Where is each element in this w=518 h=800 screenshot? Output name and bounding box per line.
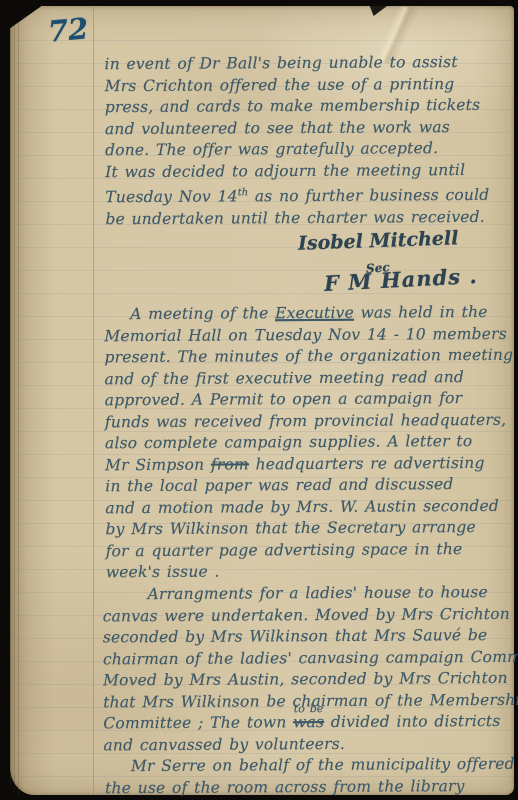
handwritten-segment: as no further business could (248, 186, 489, 205)
page-corner-shadow (9, 5, 43, 29)
handwritten-segment: It was decided to adjourn the meeting un… (105, 160, 465, 180)
notebook-page: 72 in event of Dr Ball's being unable to… (10, 6, 514, 795)
handwritten-segment: for a quarter page advertising space in … (106, 540, 463, 560)
handwritten-line: press, and cards to make membership tick… (105, 95, 489, 119)
handwritten-line: week's issue . (106, 560, 515, 584)
scanned-minute-book-photo: { "page": { "number": "72", "paper_color… (0, 0, 518, 800)
handwritten-segment: chairman of the ladies' canvasing campai… (103, 647, 518, 668)
handwritten-segment: present. The minutes of the organization… (104, 346, 513, 366)
page-number: 72 (47, 11, 90, 48)
handwritten-segment: the use of the room across from the libr… (105, 777, 465, 797)
handwritten-segment: in the local paper was read and discusse… (105, 475, 453, 495)
handwritten-segment: Mr Serre on behalf of the municipality o… (131, 755, 515, 775)
handwritten-line: seconded by Mrs Wilkinson that Mrs Sauvé… (103, 625, 518, 649)
handwritten-segment: funds was received from provincial headq… (105, 410, 506, 430)
inserted-correction: to be (294, 703, 324, 714)
handwritten-segment: Moved by Mrs Austin, seconded by Mrs Cri… (103, 669, 508, 689)
handwritten-line: Mr Simpson from headquarters re advertis… (105, 452, 514, 476)
handwritten-segment-strike: from (211, 455, 249, 473)
handwritten-line: Mr Serre on behalf of the municipality o… (105, 754, 515, 778)
handwritten-line: A meeting of the Executive was held in t… (104, 302, 513, 326)
handwritten-line: funds was received from provincial headq… (105, 409, 514, 433)
handwritten-segment: Mrs Crichton offered the use of a printi… (105, 75, 455, 95)
handwritten-paragraph-continuation: in event of Dr Ball's being unable to as… (104, 52, 489, 230)
handwritten-segment: Memorial Hall on Tuesday Nov 14 - 10 mem… (104, 324, 507, 344)
handwritten-segment: also complete campaign supplies. A lette… (105, 432, 472, 452)
handwritten-line: by Mrs Wilkinson that the Secretary arra… (105, 517, 514, 541)
handwritten-line: in the local paper was read and discusse… (105, 474, 514, 498)
handwritten-segment: by Mrs Wilkinson that the Secretary arra… (105, 518, 475, 538)
handwritten-segment: and canvassed by volunteers. (103, 734, 345, 753)
handwritten-segment-underline: Executive (275, 304, 354, 322)
handwritten-line: Committee ; The town wasto be divided in… (103, 711, 518, 735)
handwritten-segment: Arrangments for a ladies' house to house (147, 583, 487, 603)
handwritten-line: in event of Dr Ball's being unable to as… (104, 52, 488, 76)
handwritten-line: approved. A Permit to open a campaign fo… (105, 388, 514, 412)
handwritten-segment: done. The offer was gratefully accepted. (105, 139, 438, 159)
handwritten-segment: week's issue . (106, 563, 220, 582)
handwritten-line: for a quarter page advertising space in … (106, 538, 515, 562)
handwritten-segment: headquarters re advertising (249, 453, 485, 472)
handwritten-segment: press, and cards to make membership tick… (105, 96, 481, 116)
handwritten-segment: canvas were undertaken. Moved by Mrs Cri… (103, 604, 510, 624)
handwritten-segment: and of the first executive meeting read … (105, 368, 464, 388)
handwritten-line: and volunteered to see that the work was (105, 116, 489, 140)
handwritten-line: be undertaken until the charter was rece… (105, 206, 489, 230)
handwritten-line: Tuesday Nov 14th as no further business … (105, 181, 489, 209)
handwritten-segment: divided into districts (324, 712, 500, 731)
handwritten-segment: and a motion made by Mrs. W. Austin seco… (105, 496, 499, 516)
handwritten-segment-sup: th (238, 187, 249, 198)
handwritten-line: canvas were undertaken. Moved by Mrs Cri… (103, 603, 518, 627)
handwritten-segment: approved. A Permit to open a campaign fo… (105, 389, 463, 409)
handwritten-line: and a motion made by Mrs. W. Austin seco… (105, 495, 514, 519)
handwritten-segment: Mr Simpson (105, 455, 211, 474)
handwritten-line: Arrangments for a ladies' house to house (102, 582, 518, 606)
book-spine-edge (10, 6, 21, 795)
handwritten-paragraph-municipality: Mr Serre on behalf of the municipality o… (105, 754, 515, 800)
handwritten-segment: be undertaken until the charter was rece… (105, 208, 485, 228)
handwritten-line: present. The minutes of the organization… (104, 345, 513, 369)
handwritten-segment: in event of Dr Ball's being unable to as… (104, 53, 457, 73)
handwritten-line: done. The offer was gratefully accepted. (105, 138, 489, 162)
handwritten-segment-strike: wasto be (293, 713, 324, 731)
handwritten-line: It was decided to adjourn the meeting un… (105, 159, 489, 183)
signature-chairman: F M Hands . (323, 263, 478, 296)
handwritten-segment: A meeting of the (130, 304, 275, 323)
handwritten-line: Memorial Hall on Tuesday Nov 14 - 10 mem… (104, 323, 513, 347)
handwritten-segment: Tuesday Nov 14 (105, 188, 238, 207)
handwritten-line: Moved by Mrs Austin, seconded by Mrs Cri… (103, 668, 518, 692)
handwritten-line: the use of the room across from the libr… (105, 775, 515, 799)
handwritten-line: also complete campaign supplies. A lette… (105, 431, 514, 455)
handwritten-segment: Committee ; The town (103, 713, 293, 732)
handwritten-paragraph-executive-meeting: A meeting of the Executive was held in t… (104, 302, 514, 584)
handwritten-line: and canvassed by volunteers. (103, 732, 518, 756)
handwritten-line: and of the first executive meeting read … (105, 366, 514, 390)
torn-edge-notch (367, 5, 389, 16)
handwritten-segment: seconded by Mrs Wilkinson that Mrs Sauvé… (103, 626, 488, 646)
handwritten-line: chairman of the ladies' canvasing campai… (103, 646, 518, 670)
handwritten-line: Mrs Crichton offered the use of a printi… (105, 73, 489, 97)
red-margin-line (93, 6, 94, 795)
signature-secretary: Isobel Mitchell (298, 227, 459, 255)
handwritten-segment: and volunteered to see that the work was (105, 118, 450, 138)
handwritten-paragraph-canvass: Arrangments for a ladies' house to house… (102, 582, 518, 757)
handwritten-segment: was held in the (354, 303, 488, 322)
